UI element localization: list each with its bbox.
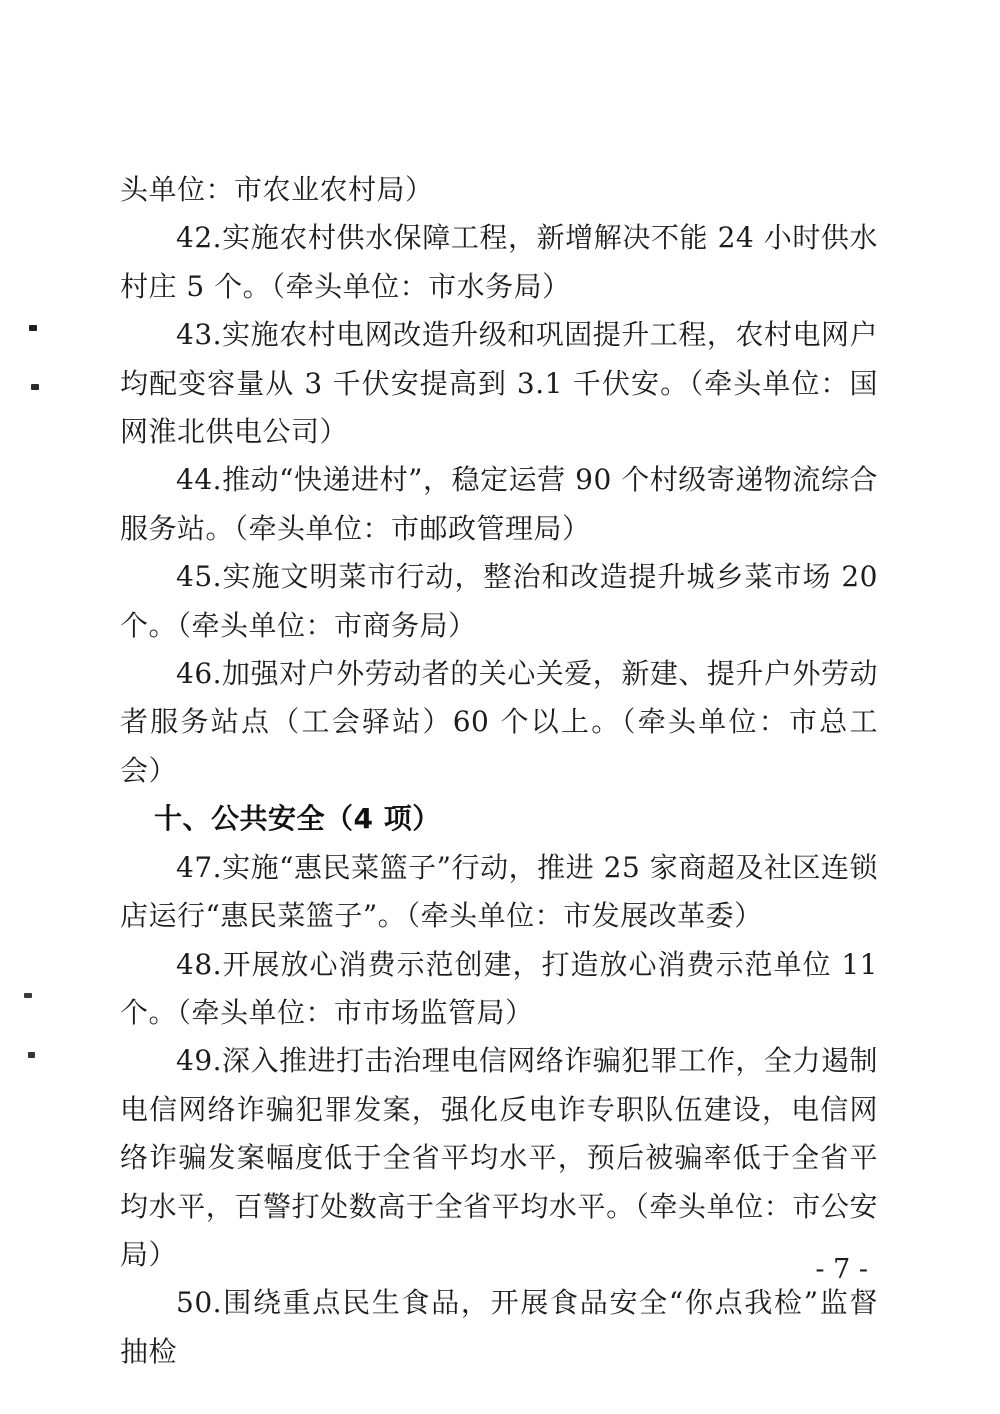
body-paragraph: 50.围绕重点民生食品，开展食品安全“你点我检”监督抽检 — [120, 1279, 878, 1376]
document-body: 头单位：市农业农村局）42.实施农村供水保障工程，新增解决不能 24 小时供水村… — [120, 166, 878, 1376]
body-paragraph: 头单位：市农业农村局） — [120, 166, 878, 214]
body-paragraph: 46.加强对户外劳动者的关心关爱，新建、提升户外劳动者服务站点（工会驿站）60 … — [120, 650, 878, 795]
scan-speck — [29, 325, 37, 331]
document-page: 头单位：市农业农村局）42.实施农村供水保障工程，新增解决不能 24 小时供水村… — [0, 0, 1000, 1414]
scan-speck — [28, 1052, 35, 1058]
page-footer: - 7 - — [815, 1252, 868, 1288]
page-number: - 7 - — [815, 1254, 868, 1285]
scan-speck — [31, 384, 39, 390]
body-paragraph: 45.实施文明菜市行动，整治和改造提升城乡菜市场 20 个。（牵头单位：市商务局… — [120, 553, 878, 650]
body-paragraph: 47.实施“惠民菜篮子”行动，推进 25 家商超及社区连锁店运行“惠民菜篮子”。… — [120, 844, 878, 941]
body-paragraph: 43.实施农村电网改造升级和巩固提升工程，农村电网户均配变容量从 3 千伏安提高… — [120, 311, 878, 456]
body-paragraph: 49.深入推进打击治理电信网络诈骗犯罪工作，全力遏制电信网络诈骗犯罪发案，强化反… — [120, 1037, 878, 1279]
scan-speck — [24, 993, 32, 998]
section-heading: 十、公共安全（4 项） — [120, 795, 878, 843]
body-paragraph: 48.开展放心消费示范创建，打造放心消费示范单位 11 个。（牵头单位：市市场监… — [120, 941, 878, 1038]
body-paragraph: 44.推动“快递进村”，稳定运营 90 个村级寄递物流综合服务站。（牵头单位：市… — [120, 456, 878, 553]
body-paragraph: 42.实施农村供水保障工程，新增解决不能 24 小时供水村庄 5 个。（牵头单位… — [120, 214, 878, 311]
